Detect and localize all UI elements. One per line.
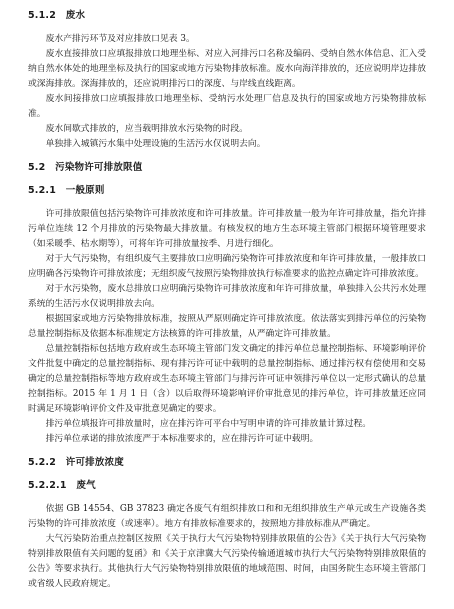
paragraph: 依据 GB 14554、GB 37823 确定各废气有组织排放口和和无组织排放生… <box>28 502 426 532</box>
paragraph: 废水直接排放口应填报排放口地理坐标、对应入河排污口名称及编码、受纳自然水体信息、… <box>28 47 426 92</box>
paragraph: 废水间接排放口应填报排放口地理坐标、受纳污水处理厂信息及执行的国家或地方污染物排… <box>28 92 426 122</box>
heading-5-2-2-1-waste-gas: 5.2.2.1 废气 <box>28 479 426 492</box>
paragraph: 废水产排污环节及对应排放口见表 3。 <box>28 32 426 47</box>
paragraph: 总量控制指标包括地方政府或生态环境主管部门发文确定的排污单位总量控制指标、环境影… <box>28 342 426 417</box>
paragraph: 根据国家或地方污染物排放标准，按照从严原则确定许可排放浓度。依法落实到排污单位的… <box>28 312 426 342</box>
paragraph: 许可排放限值包括污染物许可排放浓度和许可排放量。许可排放量一般为年许可排放量，指… <box>28 207 426 252</box>
paragraph: 对于水污染物，废水总排放口应明确污染物许可排放浓度和年许可排放量，单独排入公共污… <box>28 282 426 312</box>
paragraph: 大气污染防治重点控制区按照《关于执行大气污染物特别排放限值的公告》《关于执行大气… <box>28 532 426 592</box>
heading-5-2-1-general-principles: 5.2.1 一般原则 <box>28 184 426 197</box>
heading-5-2-2-permitted-concentration: 5.2.2 许可排放浓度 <box>28 456 426 469</box>
paragraph: 单独排入城镇污水集中处理设施的生活污水仅说明去向。 <box>28 137 426 152</box>
paragraph: 排污单位承诺的排放浓度严于本标准要求的，应在排污许可证中载明。 <box>28 432 426 447</box>
paragraph: 对于大气污染物，有组织废气主要排放口应明确污染物许可排放浓度和年许可排放量，一般… <box>28 252 426 282</box>
document-page: 5.1.2 废水 废水产排污环节及对应排放口见表 3。 废水直接排放口应填报排放… <box>0 0 454 609</box>
heading-5-1-2-wastewater: 5.1.2 废水 <box>28 9 426 22</box>
paragraph: 排污单位填报许可排放量时，应在排污许可平台中写明申请的许可排放量计算过程。 <box>28 417 426 432</box>
heading-5-2-permitted-emission-limits: 5.2 污染物许可排放限值 <box>28 161 426 174</box>
paragraph: 废水间歇式排放的，应当载明排放水污染物的时段。 <box>28 122 426 137</box>
